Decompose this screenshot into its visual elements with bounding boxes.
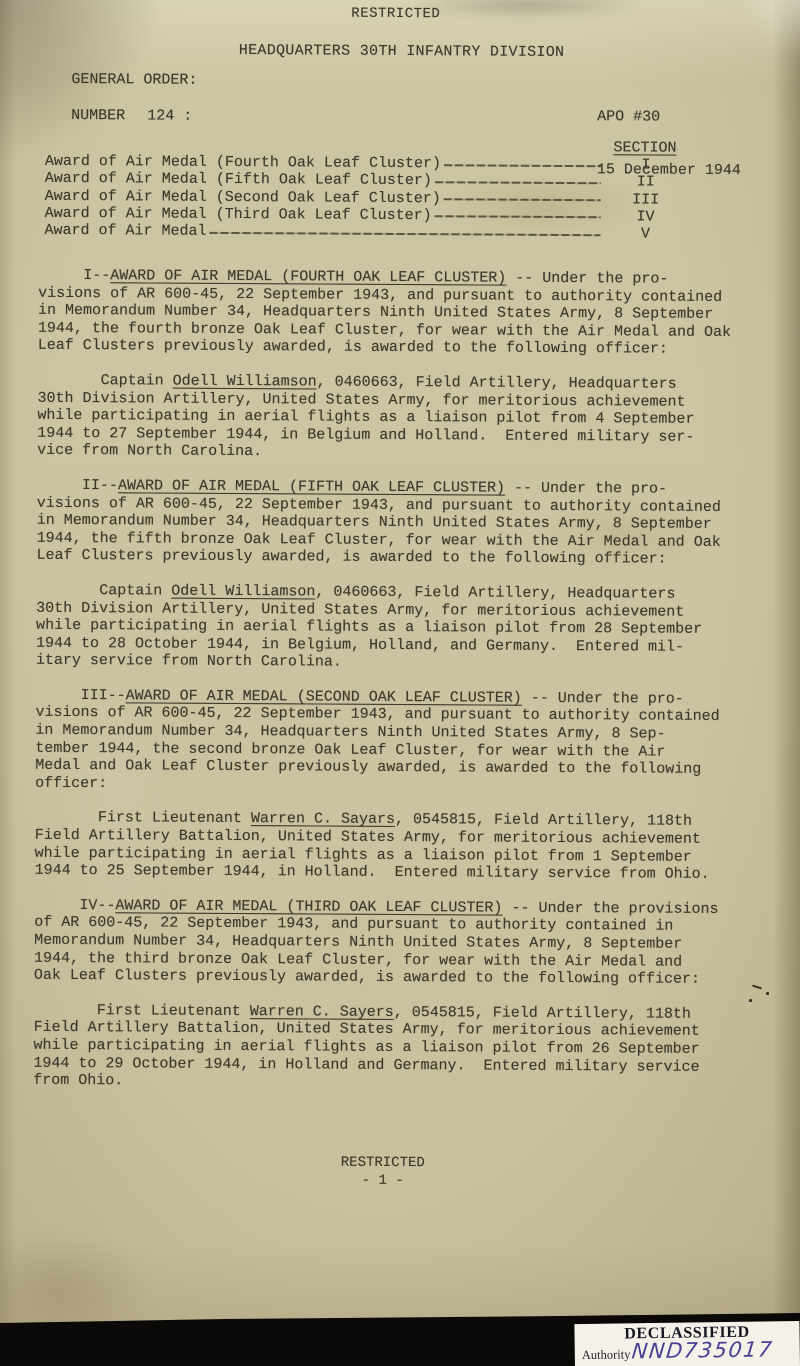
- section-intro-paragraph: IV--AWARD OF AIR MEDAL (THIRD OAK LEAF C…: [34, 897, 777, 989]
- section-numeral-prefix: III--: [36, 687, 126, 705]
- officer-rank: First Lieutenant: [35, 809, 251, 827]
- classification-header: RESTRICTED: [4, 4, 788, 25]
- toc-item-section: II: [613, 174, 679, 192]
- authority-handwritten-number: NND735017: [630, 1338, 774, 1363]
- section-index: SECTION Award of Air Medal (Fourth Oak L…: [44, 136, 679, 243]
- toc-leader-dashes: [435, 216, 601, 219]
- declassified-stamp: DECLASSIFIED Authority NND735017: [574, 1321, 800, 1366]
- declassified-authority-line: Authority NND735017: [575, 1338, 800, 1364]
- toc-item-section: I: [613, 156, 679, 174]
- officer-name: Warren C. Sayers: [250, 1003, 394, 1021]
- officer-citation-paragraph: First Lieutenant Warren C. Sayars, 05458…: [35, 809, 777, 884]
- toc-leader-dashes: [444, 164, 601, 167]
- officer-name: Odell Williamson: [173, 373, 317, 391]
- order-section-2: II--AWARD OF AIR MEDAL (FIFTH OAK LEAF C…: [36, 477, 779, 674]
- officer-rank: Captain: [36, 582, 171, 600]
- section-heading: AWARD OF AIR MEDAL (SECOND OAK LEAF CLUS…: [126, 687, 522, 706]
- section-numeral-prefix: II--: [37, 477, 118, 494]
- section-heading: AWARD OF AIR MEDAL (THIRD OAK LEAF CLUST…: [115, 897, 502, 916]
- section-column-header: SECTION: [611, 139, 679, 157]
- officer-name: Odell Williamson: [171, 583, 315, 601]
- order-body: I--AWARD OF AIR MEDAL (FOURTH OAK LEAF C…: [33, 267, 780, 1111]
- number-label: NUMBER: [71, 107, 125, 124]
- toc-leader-dashes: [435, 181, 601, 184]
- order-number-line: NUMBER124 :: [71, 107, 192, 125]
- section-intro-paragraph: I--AWARD OF AIR MEDAL (FOURTH OAK LEAF C…: [38, 267, 781, 359]
- officer-rank: Captain: [38, 372, 173, 390]
- toc-row: Award of Air Medal V: [44, 222, 678, 243]
- order-section-4: IV--AWARD OF AIR MEDAL (THIRD OAK LEAF C…: [33, 897, 776, 1094]
- apo-number: APO #30: [597, 108, 741, 126]
- number-value: 124 :: [147, 107, 192, 124]
- page-number: - 1 -: [0, 1171, 769, 1192]
- section-intro-paragraph: II--AWARD OF AIR MEDAL (FIFTH OAK LEAF C…: [36, 477, 779, 569]
- officer-citation-paragraph: First Lieutenant Warren C. Sayers, 05458…: [33, 1002, 776, 1094]
- section-numeral-prefix: IV--: [34, 897, 115, 914]
- section-numeral-prefix: I--: [38, 267, 110, 284]
- officer-citation-paragraph: Captain Odell Williamson, 0460663, Field…: [36, 582, 779, 674]
- officer-citation-paragraph: Captain Odell Williamson, 0460663, Field…: [37, 372, 780, 464]
- toc-item-section: IV: [613, 208, 679, 226]
- section-heading: AWARD OF AIR MEDAL (FIFTH OAK LEAF CLUST…: [118, 477, 505, 496]
- unit-header: HEADQUARTERS 30TH INFANTRY DIVISION: [4, 41, 800, 63]
- section-intro-paragraph: III--AWARD OF AIR MEDAL (SECOND OAK LEAF…: [35, 687, 778, 797]
- toc-leader-dashes: [210, 231, 601, 235]
- authority-label: Authority: [582, 1347, 631, 1363]
- scanned-document-page: RESTRICTED HEADQUARTERS 30TH INFANTRY DI…: [0, 0, 800, 1366]
- order-section-3: III--AWARD OF AIR MEDAL (SECOND OAK LEAF…: [35, 687, 778, 884]
- toc-item-section: V: [612, 225, 678, 243]
- toc-leader-dashes: [444, 198, 601, 201]
- typewritten-content: RESTRICTED HEADQUARTERS 30TH INFANTRY DI…: [0, 0, 800, 1366]
- officer-rank: First Lieutenant: [34, 1002, 250, 1020]
- section-heading: AWARD OF AIR MEDAL (FOURTH OAK LEAF CLUS…: [110, 267, 506, 286]
- officer-name: Warren C. Sayars: [251, 811, 395, 829]
- general-order-label: GENERAL ORDER:: [71, 71, 197, 89]
- toc-item-section: III: [613, 191, 679, 209]
- order-section-1: I--AWARD OF AIR MEDAL (FOURTH OAK LEAF C…: [37, 267, 780, 464]
- toc-item-title: Award of Air Medal: [44, 222, 206, 240]
- classification-footer: RESTRICTED: [0, 1153, 769, 1174]
